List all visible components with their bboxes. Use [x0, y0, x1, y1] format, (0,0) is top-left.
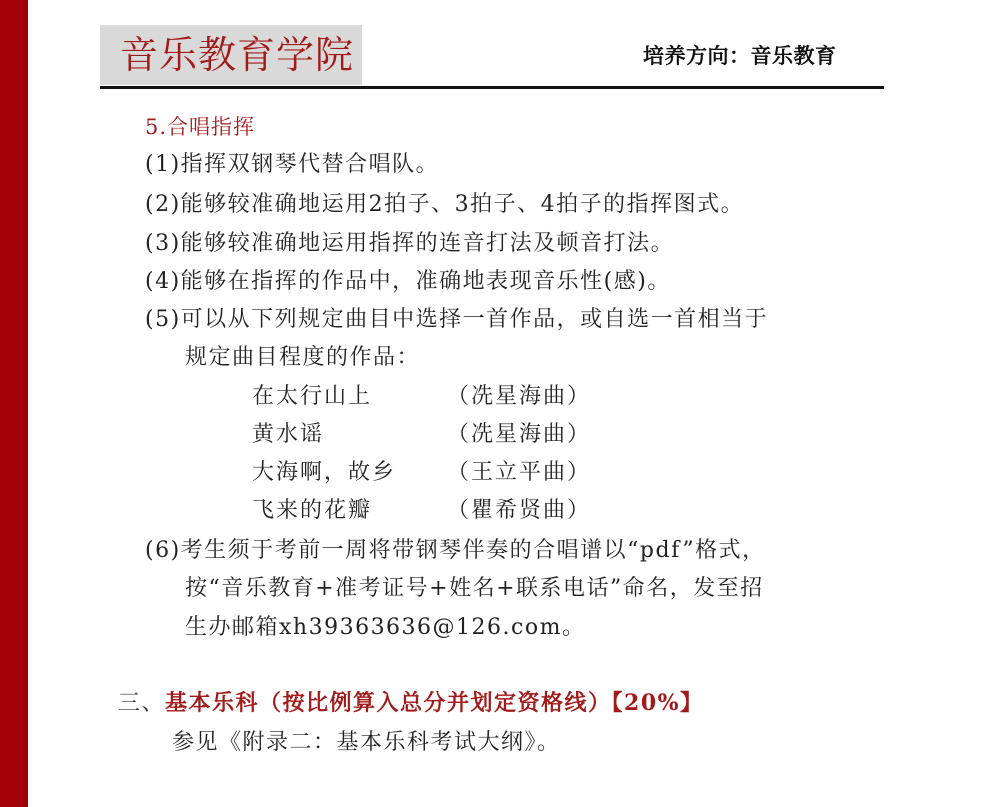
- song-composer: （冼星海曲）: [447, 382, 591, 412]
- song-composer: （王立平曲）: [447, 458, 591, 488]
- song-composer: （瞿希贤曲）: [447, 496, 591, 526]
- song-composer: （冼星海曲）: [447, 420, 591, 450]
- item-3: (3)能够较准确地运用指挥的连音打法及顿音打法。: [145, 229, 674, 259]
- part-3-title: 基本乐科（按比例算入总分并划定资格线）【20%】: [165, 690, 704, 716]
- item-6: (6)考生须于考前一周将带钢琴伴奏的合唱谱以“pdf”格式，: [145, 536, 766, 566]
- header-divider: [100, 86, 884, 89]
- item-2: (2)能够较准确地运用2拍子、3拍子、4拍子的指挥图式。: [145, 190, 744, 220]
- institute-title-box: 音乐教育学院: [100, 25, 362, 85]
- item-1: (1)指挥双钢琴代替合唱队。: [145, 150, 439, 180]
- part-3-heading: 三、基本乐科（按比例算入总分并划定资格线）【20%】: [118, 688, 704, 719]
- song-title: 飞来的花瓣: [252, 496, 372, 526]
- item-5: (5)可以从下列规定曲目中选择一首作品，或自选一首相当于: [145, 305, 768, 335]
- song-title: 在太行山上: [252, 382, 372, 412]
- left-accent-bar: [0, 0, 28, 807]
- section-title: 5.合唱指挥: [145, 112, 255, 142]
- item-6-line-2: 按“音乐教育+准考证号+姓名+联系电话”命名，发至招: [185, 574, 764, 604]
- institute-title: 音乐教育学院: [120, 31, 354, 79]
- training-direction: 培养方向：音乐教育: [643, 40, 837, 70]
- song-title: 大海啊，故乡: [252, 458, 396, 488]
- part-3-prefix: 三、: [118, 691, 165, 716]
- item-5-continued: 规定曲目程度的作品：: [185, 343, 420, 373]
- part-3-reference: 参见《附录二：基本乐科考试大纲》。: [172, 728, 561, 758]
- item-6-email: 生办邮箱xh39363636@126.com。: [185, 613, 585, 643]
- song-title: 黄水谣: [252, 420, 324, 450]
- item-4: (4)能够在指挥的作品中，准确地表现音乐性(感)。: [145, 267, 671, 297]
